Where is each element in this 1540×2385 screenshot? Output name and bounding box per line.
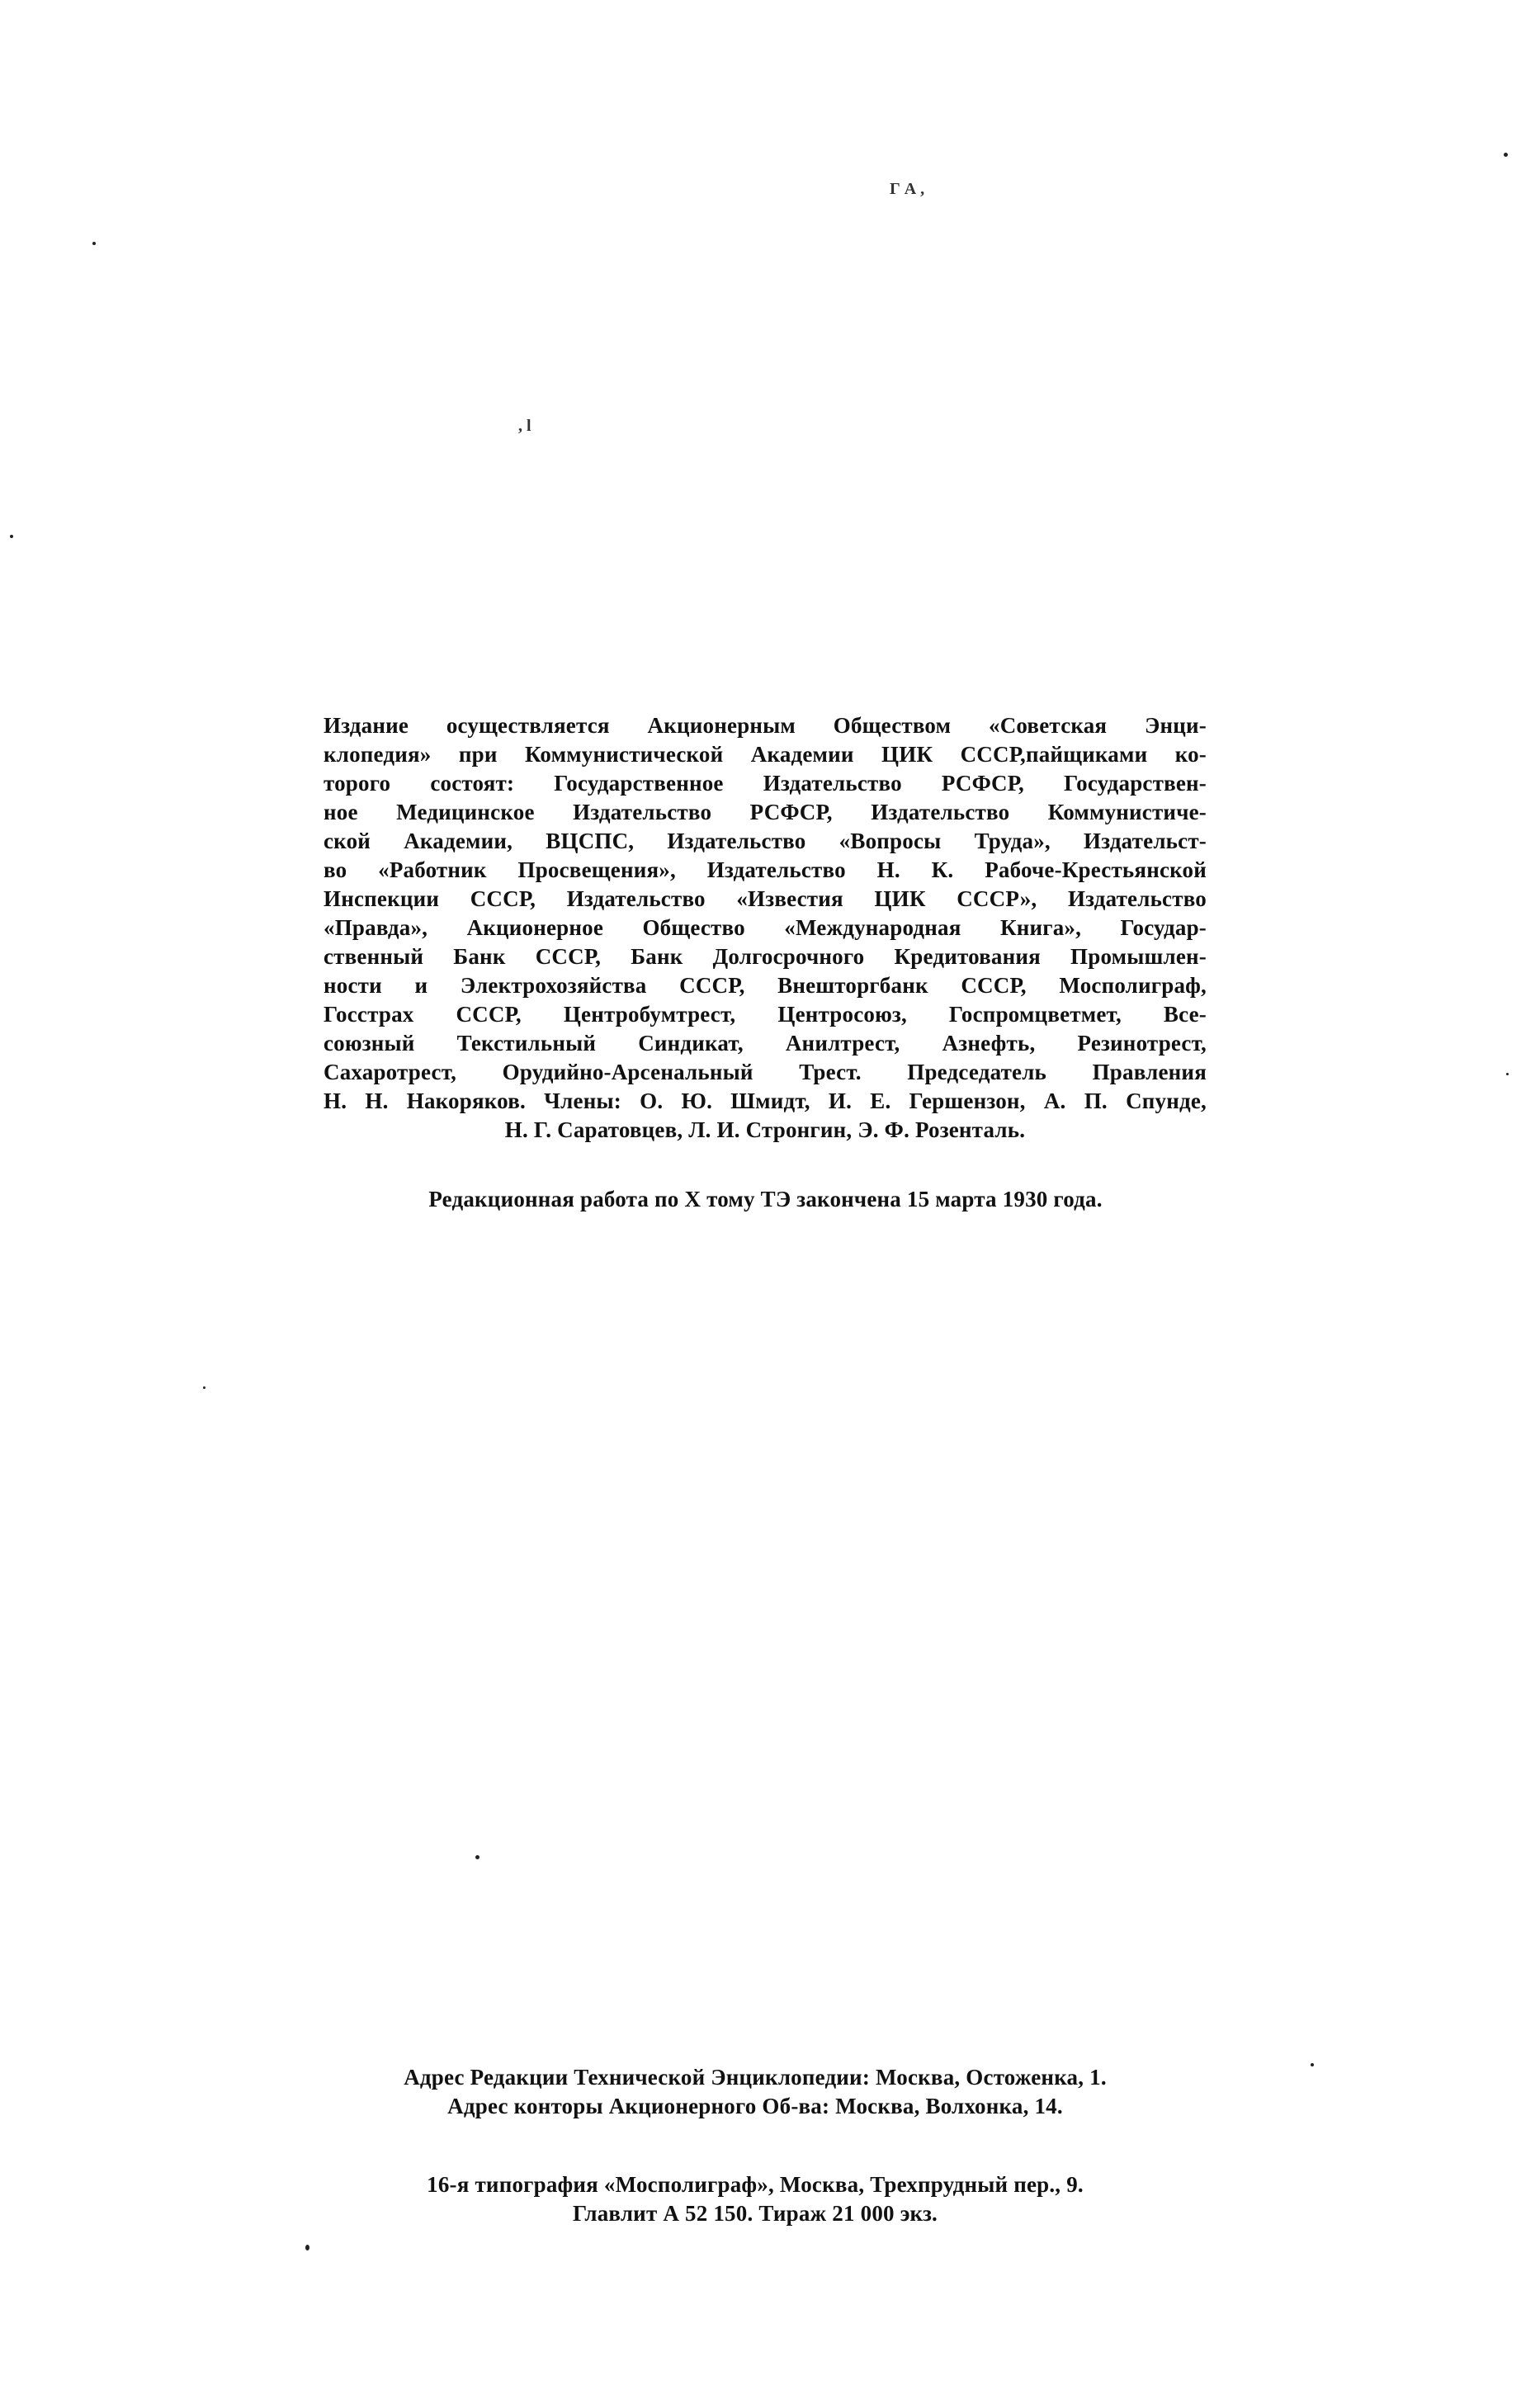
scan-speck — [1504, 153, 1508, 157]
scan-speck — [1506, 1073, 1509, 1075]
document-page: Г А , , l Издание осуществляется Акционе… — [0, 0, 1540, 2385]
office-address: Адрес конторы Акционерного Об-ва: Москва… — [297, 2092, 1213, 2120]
editorial-address: Адрес Редакции Технической Энциклопедии:… — [297, 2063, 1213, 2091]
scan-speck — [10, 535, 13, 538]
imprint-line-last: Н. Г. Саратовцев, Л. И. Стронгин, Э. Ф. … — [324, 1116, 1207, 1144]
imprint-line: во «Работник Просвещения», Издательство … — [324, 856, 1207, 884]
imprint-line: ное Медицинское Издательство РСФСР, Изда… — [324, 798, 1207, 826]
scan-speck — [475, 1855, 479, 1859]
imprint-line: Инспекции СССР, Издательство «Известия Ц… — [324, 885, 1207, 913]
editorial-note: Редакционная работа по X тому ТЭ законче… — [318, 1185, 1213, 1213]
scan-speck — [203, 1386, 205, 1389]
imprint-line: Сахаротрест, Орудийно-Арсенальный Трест.… — [324, 1058, 1207, 1086]
imprint-line: ственный Банк СССР, Банк Долгосрочного К… — [324, 942, 1207, 971]
imprint-line: Госстрах СССР, Центробумтрест, Центросою… — [324, 1000, 1207, 1028]
imprint-line: «Правда», Акционерное Общество «Междунар… — [324, 914, 1207, 942]
scan-speck — [92, 242, 96, 245]
imprint-line: клопедия» при Коммунистической Академии … — [324, 740, 1207, 768]
scan-speck — [305, 2245, 309, 2250]
imprint-line: Н. Н. Накоряков. Члены: О. Ю. Шмидт, И. … — [324, 1087, 1207, 1115]
imprint-line: союзный Текстильный Синдикат, Анилтрест,… — [324, 1029, 1207, 1057]
imprint-line: торого состоят: Государственное Издатель… — [324, 769, 1207, 797]
scan-speck — [1311, 2063, 1314, 2066]
imprint-line: ности и Электрохозяйства СССР, Внешторгб… — [324, 971, 1207, 999]
print-run-info: Главлит А 52 150. Тираж 21 000 экз. — [297, 2199, 1213, 2227]
header-mark-small: , l — [518, 417, 531, 436]
header-mark: Г А , — [890, 180, 924, 199]
printer-info: 16-я типография «Мосполиграф», Москва, Т… — [297, 2170, 1213, 2198]
imprint-line: ской Академии, ВЦСПС, Издательство «Вопр… — [324, 827, 1207, 855]
imprint-line: Издание осуществляется Акционерным Общес… — [324, 711, 1207, 739]
